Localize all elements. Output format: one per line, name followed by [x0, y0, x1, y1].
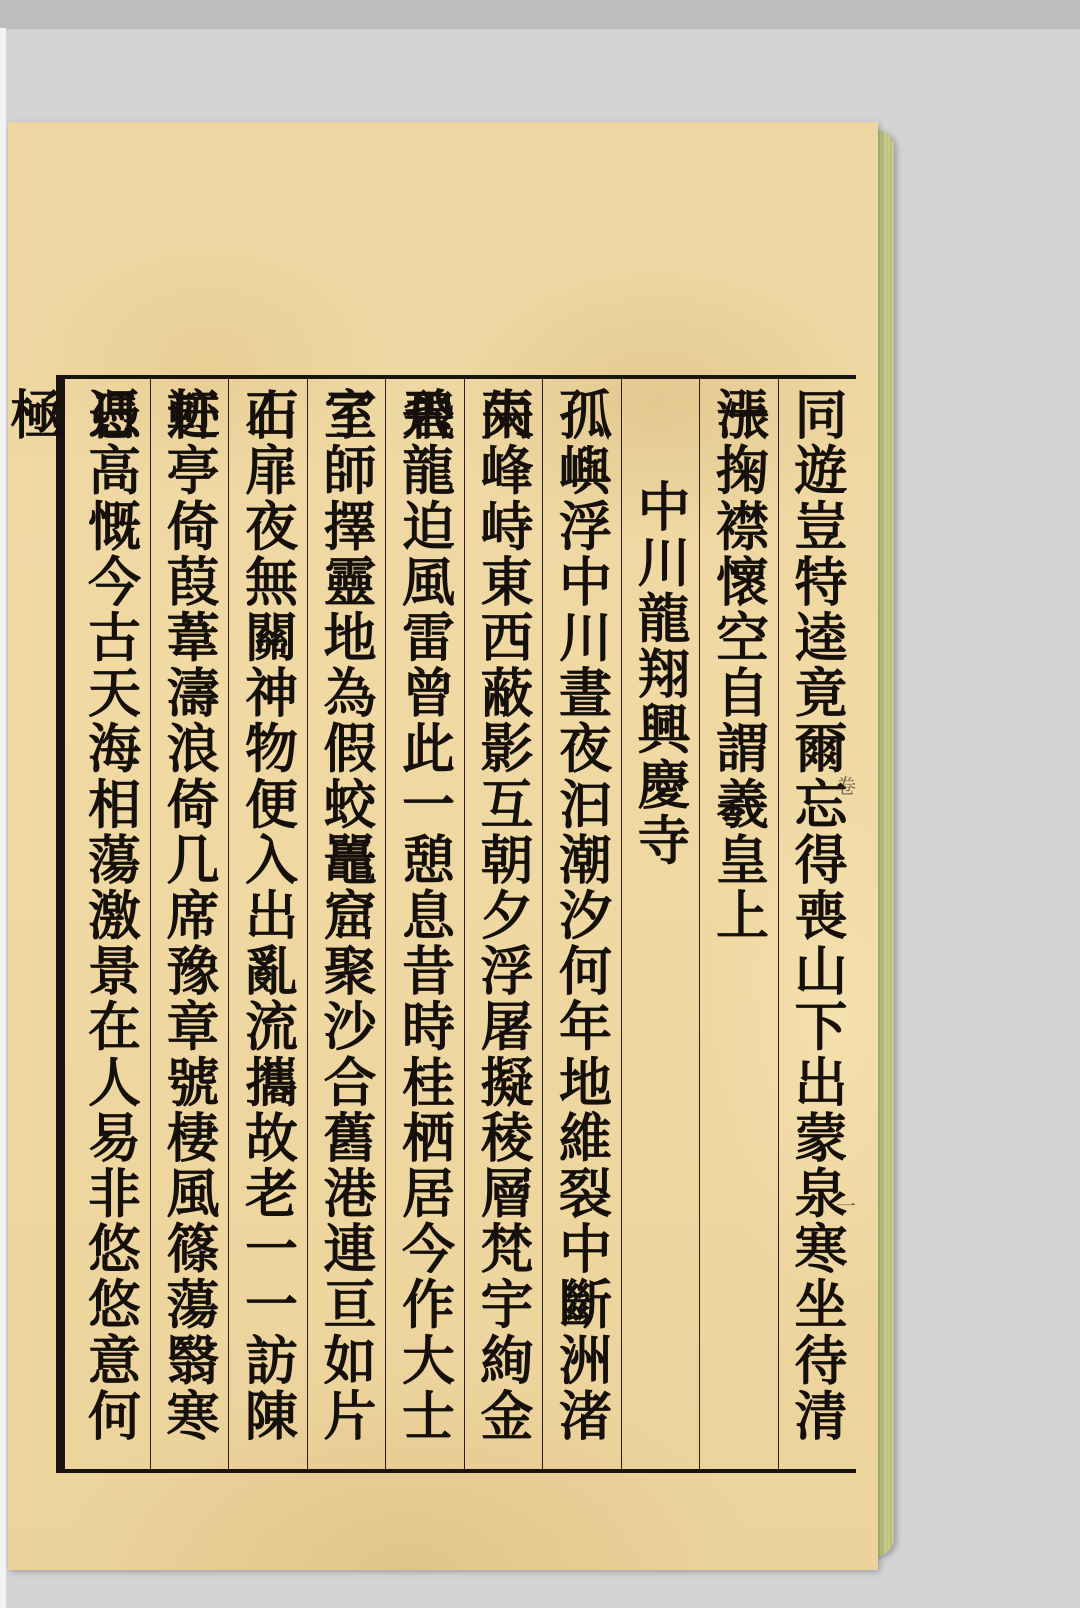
- text-column-10: 憑高慨今古天海相蕩激景在人易非悠悠意何極: [71, 379, 150, 1469]
- text-column-1: 同遊豈特逵竟爾忘得喪山下出蒙泉寒坐待清漲: [778, 379, 857, 1469]
- margin-fragment-yi: 一: [836, 1190, 856, 1219]
- text-column-4: 孤嶼浮中川晝夜汩潮汐何年地維裂中斷洲渚失: [542, 379, 621, 1469]
- text-column-7: 了師擇靈地為假蛟鼉窟聚沙合舊港連亘如片石: [307, 379, 386, 1469]
- text-columns: 同遊豈特逵竟爾忘得喪山下出蒙泉寒坐待清漲 一掬襟懷空自謂羲皇上 中川龍翔興慶寺 …: [65, 379, 856, 1469]
- text-column-8: 山扉夜無關神物便入出亂流攜故老一一訪陳迹: [228, 379, 307, 1469]
- poem-title-column: 中川龍翔興慶寺: [621, 379, 700, 1469]
- text-column-9: 軒亭倚葭葦濤浪倚几席豫章號棲風篠蕩翳寒日: [150, 379, 229, 1469]
- margin-fragment-juan: 卷: [836, 770, 856, 799]
- text-column-6: 飛龍迫風雷曾此一憩息昔時桂栖居今作大士室: [385, 379, 464, 1469]
- text-column-5: 兩峰峙東西蔽影互朝夕浮屠擬稜層梵宇絢金碧: [464, 379, 543, 1469]
- print-frame: 同遊豈特逵竟爾忘得喪山下出蒙泉寒坐待清漲 一掬襟懷空自謂羲皇上 中川龍翔興慶寺 …: [56, 375, 856, 1473]
- text-column-2: 一掬襟懷空自謂羲皇上: [699, 379, 778, 1469]
